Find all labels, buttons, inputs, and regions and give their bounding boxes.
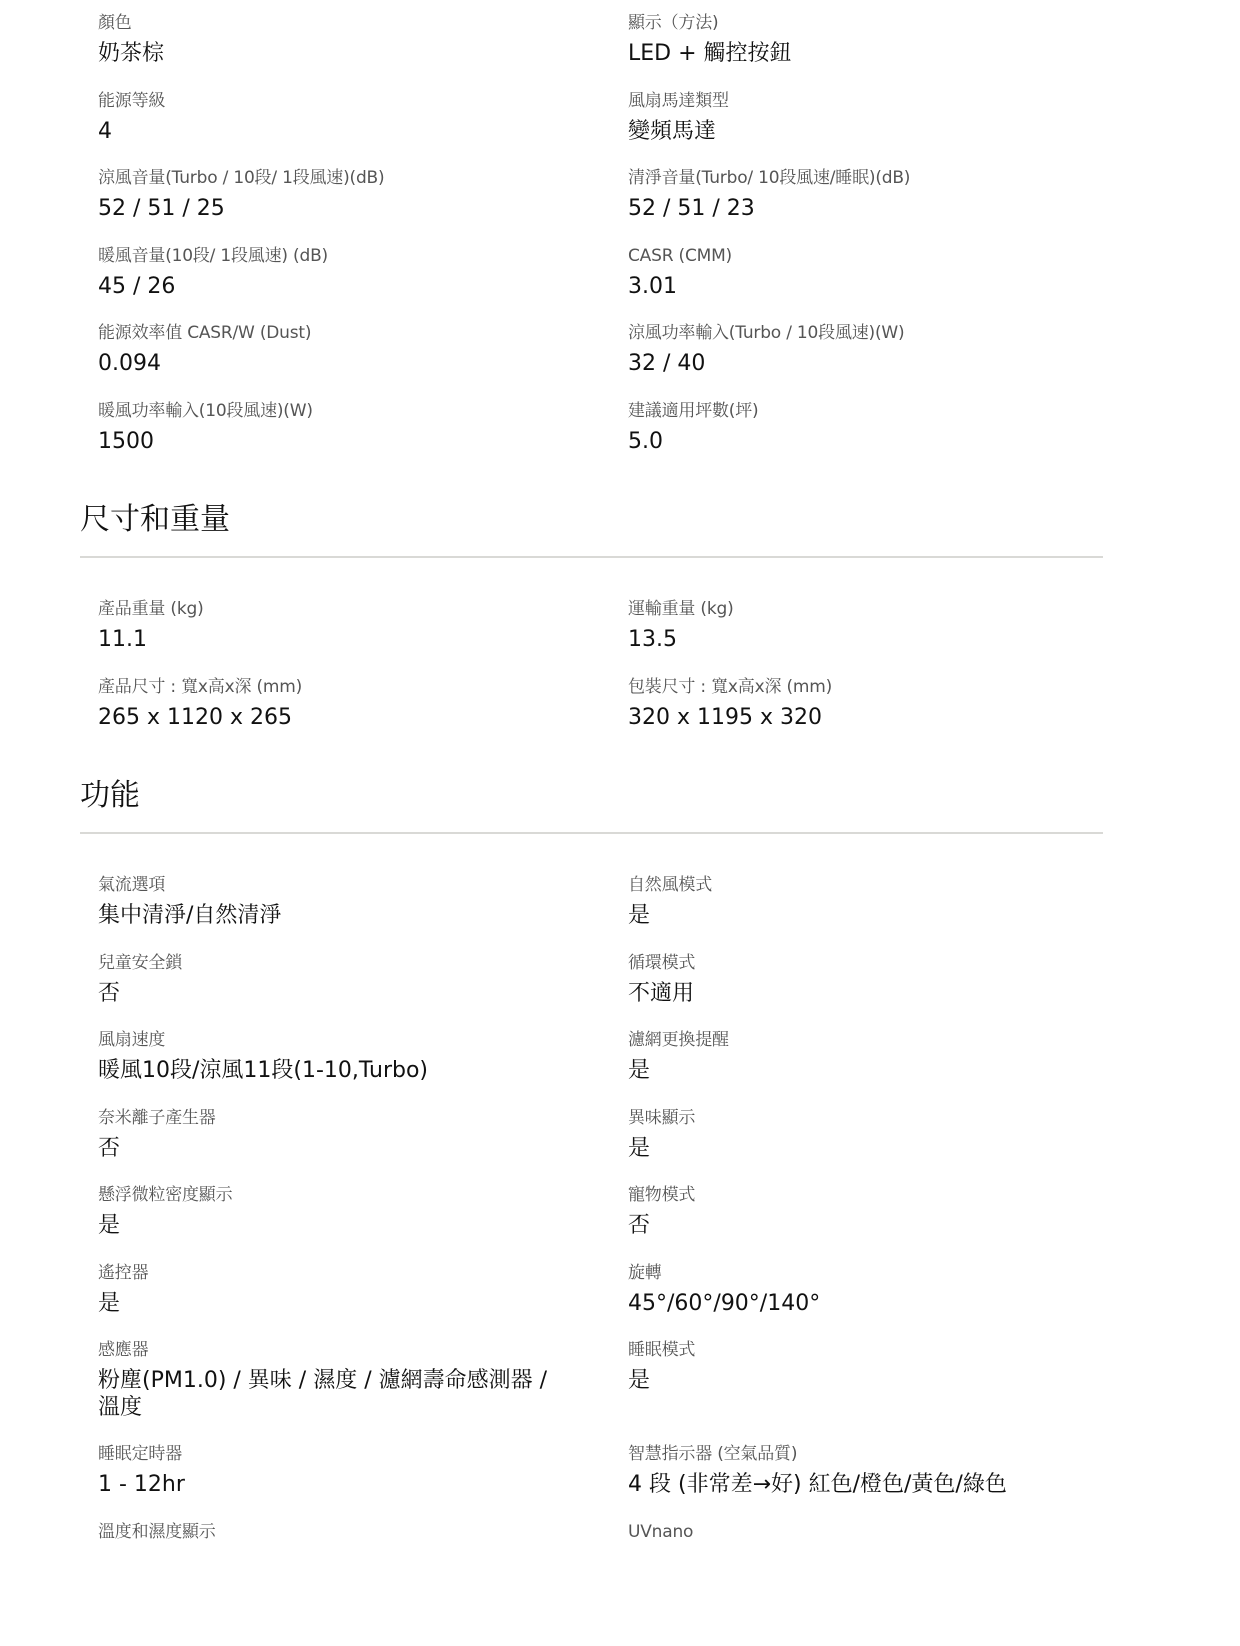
spec-value: 4 段 (非常差→好) 紅色/橙色/黃色/綠色 <box>628 1471 1148 1498</box>
spec-item-product-weight: 產品重量 (kg) 11.1 <box>98 586 628 664</box>
spec-value: 52 / 51 / 23 <box>628 195 1078 222</box>
spec-value: 45°/60°/90°/140° <box>628 1290 1078 1317</box>
spec-label: 自然風模式 <box>628 874 1158 896</box>
spec-grid-general: 顏色 奶茶棕 顯示（方法) LED + 觸控按鈕 能源等級 4 風扇馬達類型 變… <box>98 0 1158 465</box>
spec-value: 不適用 <box>628 980 1078 1007</box>
spec-label: 建議適用坪數(坪) <box>628 400 1158 422</box>
spec-item-cool-power: 涼風功率輸入(Turbo / 10段風速)(W) 32 / 40 <box>628 310 1158 388</box>
spec-value: 否 <box>98 980 548 1007</box>
spec-item-sleep-timer: 睡眠定時器 1 - 12hr <box>98 1431 628 1509</box>
spec-value: 5.0 <box>628 428 1078 455</box>
spec-item-circulation-mode: 循環模式 不適用 <box>628 940 1158 1018</box>
spec-item-natural-wind: 自然風模式 是 <box>628 862 1158 940</box>
spec-label: 包裝尺寸 : 寬x高x深 (mm) <box>628 676 1158 698</box>
spec-item-smart-indicator: 智慧指示器 (空氣品質) 4 段 (非常差→好) 紅色/橙色/黃色/綠色 <box>628 1431 1158 1509</box>
spec-label: 異味顯示 <box>628 1107 1158 1129</box>
spec-label: 產品尺寸 : 寬x高x深 (mm) <box>98 676 628 698</box>
spec-item-cool-noise: 涼風音量(Turbo / 10段/ 1段風速)(dB) 52 / 51 / 25 <box>98 155 628 233</box>
spec-label: 奈米離子產生器 <box>98 1107 628 1129</box>
spec-label: 暖風功率輸入(10段風速)(W) <box>98 400 628 422</box>
spec-value: 是 <box>628 1367 1078 1394</box>
spec-item-pm-display: 懸浮微粒密度顯示 是 <box>98 1172 628 1250</box>
spec-value: 粉塵(PM1.0) / 異味 / 濕度 / 濾網壽命感測器 / 溫度 <box>98 1367 548 1421</box>
spec-value: 1 - 12hr <box>98 1471 548 1498</box>
spec-label: 感應器 <box>98 1339 628 1361</box>
spec-label: UVnano <box>628 1521 1158 1543</box>
spec-label: 旋轉 <box>628 1262 1158 1284</box>
spec-value: 奶茶棕 <box>98 40 548 67</box>
spec-item-warm-noise: 暖風音量(10段/ 1段風速) (dB) 45 / 26 <box>98 233 628 311</box>
spec-label: 顯示（方法) <box>628 12 1158 34</box>
spec-value: 是 <box>628 902 1078 929</box>
spec-item-fan-speed: 風扇速度 暖風10段/涼風11段(1-10,Turbo) <box>98 1017 628 1095</box>
spec-label: 涼風功率輸入(Turbo / 10段風速)(W) <box>628 322 1158 344</box>
section-title-features: 功能 <box>80 778 140 814</box>
spec-value: 暖風10段/涼風11段(1-10,Turbo) <box>98 1057 548 1084</box>
spec-item-package-size: 包裝尺寸 : 寬x高x深 (mm) 320 x 1195 x 320 <box>628 664 1158 742</box>
spec-item-purify-noise: 清淨音量(Turbo/ 10段風速/睡眠)(dB) 52 / 51 / 23 <box>628 155 1158 233</box>
spec-value: 13.5 <box>628 626 1078 653</box>
spec-grid-dimensions: 產品重量 (kg) 11.1 運輸重量 (kg) 13.5 產品尺寸 : 寬x高… <box>98 586 1158 741</box>
spec-value: 320 x 1195 x 320 <box>628 704 1078 731</box>
spec-label: 濾網更換提醒 <box>628 1029 1158 1051</box>
spec-label: 睡眠模式 <box>628 1339 1158 1361</box>
spec-value: 變頻馬達 <box>628 118 1078 145</box>
spec-value: 4 <box>98 118 548 145</box>
spec-value: 11.1 <box>98 626 548 653</box>
spec-grid-features: 氣流選項 集中清淨/自然清淨 自然風模式 是 兒童安全鎖 否 循環模式 不適用 … <box>98 862 1158 1586</box>
spec-label: CASR (CMM) <box>628 245 1158 267</box>
spec-page: 顏色 奶茶棕 顯示（方法) LED + 觸控按鈕 能源等級 4 風扇馬達類型 變… <box>0 0 1240 1646</box>
spec-item-shipping-weight: 運輸重量 (kg) 13.5 <box>628 586 1158 664</box>
spec-value: 0.094 <box>98 350 548 377</box>
spec-label: 產品重量 (kg) <box>98 598 628 620</box>
section-divider <box>80 556 1103 558</box>
spec-item-room-size: 建議適用坪數(坪) 5.0 <box>628 388 1158 466</box>
spec-label: 涼風音量(Turbo / 10段/ 1段風速)(dB) <box>98 167 628 189</box>
spec-item-child-lock: 兒童安全鎖 否 <box>98 940 628 1018</box>
spec-value: 是 <box>98 1290 548 1317</box>
spec-value: 45 / 26 <box>98 273 548 300</box>
spec-item-remote: 遙控器 是 <box>98 1250 628 1328</box>
spec-item-motor-type: 風扇馬達類型 變頻馬達 <box>628 78 1158 156</box>
spec-item-airflow-options: 氣流選項 集中清淨/自然清淨 <box>98 862 628 940</box>
spec-item-pet-mode: 寵物模式 否 <box>628 1172 1158 1250</box>
spec-label: 睡眠定時器 <box>98 1443 628 1465</box>
spec-value: 52 / 51 / 25 <box>98 195 548 222</box>
spec-label: 能源效率值 CASR/W (Dust) <box>98 322 628 344</box>
spec-item-casr: CASR (CMM) 3.01 <box>628 233 1158 311</box>
spec-item-sensors: 感應器 粉塵(PM1.0) / 異味 / 濕度 / 濾網壽命感測器 / 溫度 <box>98 1327 628 1431</box>
spec-item-filter-reminder: 濾網更換提醒 是 <box>628 1017 1158 1095</box>
spec-label: 風扇速度 <box>98 1029 628 1051</box>
spec-label: 遙控器 <box>98 1262 628 1284</box>
spec-label: 兒童安全鎖 <box>98 952 628 974</box>
spec-value: 是 <box>628 1057 1078 1084</box>
section-divider <box>80 832 1103 834</box>
spec-value: 265 x 1120 x 265 <box>98 704 548 731</box>
spec-value: 否 <box>628 1212 1078 1239</box>
spec-label: 循環模式 <box>628 952 1158 974</box>
spec-label: 能源等級 <box>98 90 628 112</box>
spec-label: 氣流選項 <box>98 874 628 896</box>
spec-item-uvnano: UVnano <box>628 1509 1158 1587</box>
spec-item-odor-display: 異味顯示 是 <box>628 1095 1158 1173</box>
spec-value: 是 <box>98 1212 548 1239</box>
spec-label: 溫度和濕度顯示 <box>98 1521 628 1543</box>
spec-item-rotation: 旋轉 45°/60°/90°/140° <box>628 1250 1158 1328</box>
spec-value: 是 <box>628 1135 1078 1162</box>
spec-item-ion-generator: 奈米離子產生器 否 <box>98 1095 628 1173</box>
spec-item-energy-grade: 能源等級 4 <box>98 78 628 156</box>
spec-label: 寵物模式 <box>628 1184 1158 1206</box>
spec-value: 1500 <box>98 428 548 455</box>
spec-value: 集中清淨/自然清淨 <box>98 902 548 929</box>
spec-label: 懸浮微粒密度顯示 <box>98 1184 628 1206</box>
spec-item-sleep-mode: 睡眠模式 是 <box>628 1327 1158 1431</box>
spec-value: 否 <box>98 1135 548 1162</box>
spec-item-display-method: 顯示（方法) LED + 觸控按鈕 <box>628 0 1158 78</box>
spec-item-warm-power: 暖風功率輸入(10段風速)(W) 1500 <box>98 388 628 466</box>
spec-label: 風扇馬達類型 <box>628 90 1158 112</box>
spec-value: 3.01 <box>628 273 1078 300</box>
spec-label: 智慧指示器 (空氣品質) <box>628 1443 1158 1465</box>
spec-label: 暖風音量(10段/ 1段風速) (dB) <box>98 245 628 267</box>
spec-item-product-size: 產品尺寸 : 寬x高x深 (mm) 265 x 1120 x 265 <box>98 664 628 742</box>
spec-label: 清淨音量(Turbo/ 10段風速/睡眠)(dB) <box>628 167 1158 189</box>
spec-label: 顏色 <box>98 12 628 34</box>
spec-item-temp-humidity-display: 溫度和濕度顯示 <box>98 1509 628 1587</box>
section-title-dimensions: 尺寸和重量 <box>80 502 230 538</box>
spec-item-efficiency: 能源效率值 CASR/W (Dust) 0.094 <box>98 310 628 388</box>
spec-value: 32 / 40 <box>628 350 1078 377</box>
spec-value: LED + 觸控按鈕 <box>628 40 1078 67</box>
spec-label: 運輸重量 (kg) <box>628 598 1158 620</box>
spec-item-color: 顏色 奶茶棕 <box>98 0 628 78</box>
